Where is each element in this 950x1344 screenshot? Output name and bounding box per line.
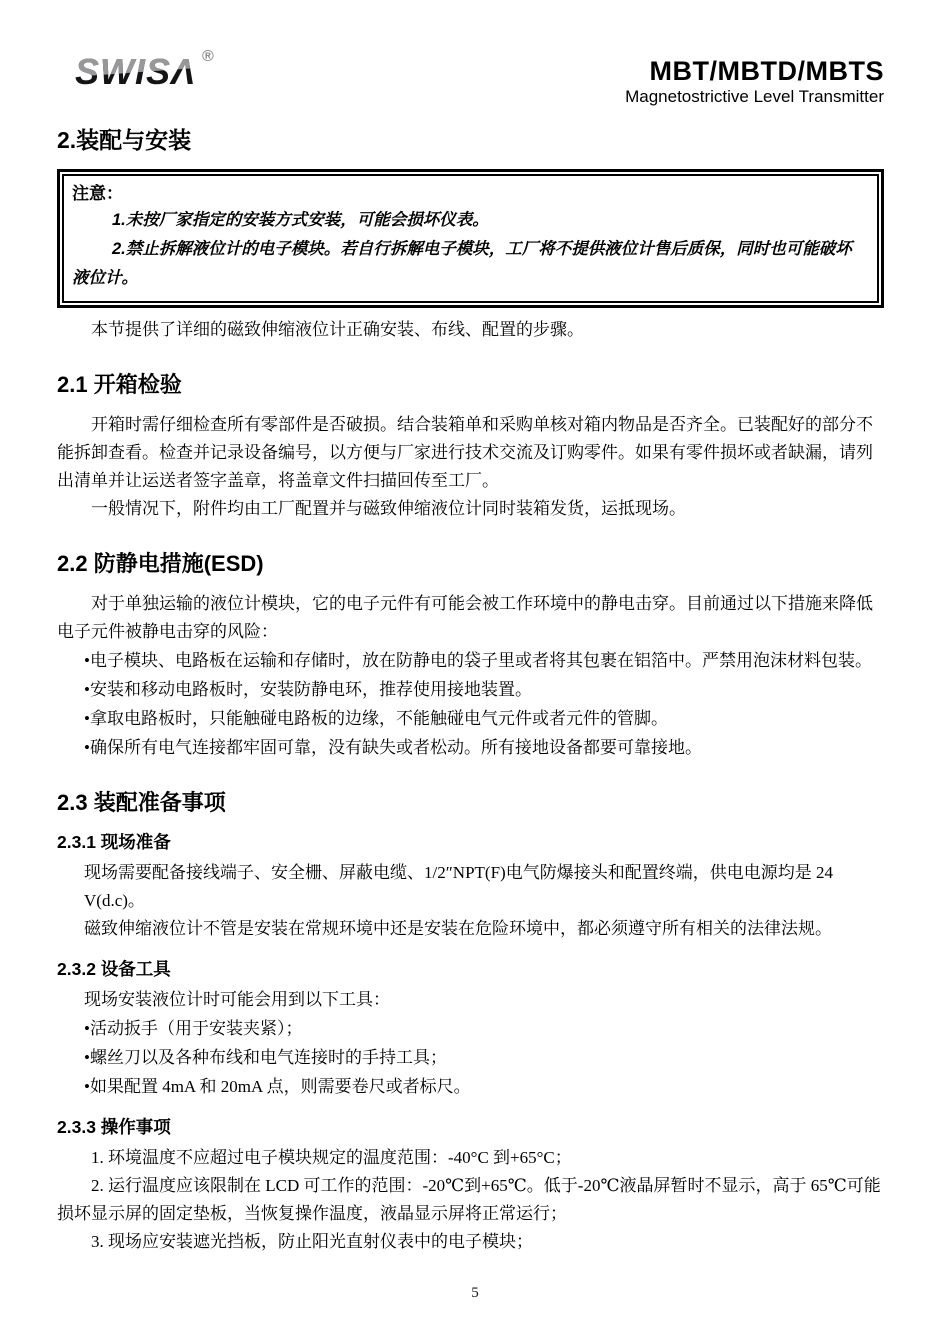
notice-item: 2.禁止拆解液位计的电子模块。若自行拆解电子模块，工厂将不提供液位计售后质保，同…	[72, 235, 867, 293]
esd-bullet-item: •电子模块、电路板在运输和存储时，放在防静电的袋子里或者将其包裹在铝箔中。严禁用…	[57, 646, 884, 675]
operation-note-item: 1. 环境温度不应超过电子模块规定的温度范围：-40°C 到+65°C；	[57, 1144, 884, 1172]
page-number: 5	[471, 1285, 479, 1301]
notice-box: 注意： 1.未按厂家指定的安装方式安装，可能会损坏仪表。 2.禁止拆解液位计的电…	[57, 169, 884, 308]
document-subtitle: Magnetostrictive Level Transmitter	[625, 87, 884, 107]
esd-bullet-list: •电子模块、电路板在运输和存储时，放在防静电的袋子里或者将其包裹在铝箔中。严禁用…	[57, 646, 884, 762]
section-2-3-3-title: 2.3.3 操作事项	[57, 1116, 884, 1139]
section-2-2-title: 2.2 防静电措施(ESD)	[57, 550, 884, 577]
header-title-block: MBT/MBTD/MBTS Magnetostrictive Level Tra…	[625, 52, 884, 107]
tools-intro: 现场安装液位计时可能会用到以下工具：	[57, 986, 884, 1014]
document-title: MBT/MBTD/MBTS	[625, 56, 884, 86]
esd-bullet-item: •拿取电路板时，只能触碰电路板的边缘，不能触碰电气元件或者元件的管脚。	[57, 704, 884, 733]
swisa-logo: SWISΛ SWISΛ ®	[57, 52, 212, 92]
section-2-2-paragraph: 对于单独运输的液位计模块，它的电子元件有可能会被工作环境中的静电击穿。目前通过以…	[57, 590, 884, 646]
section-2-1-title: 2.1 开箱检验	[57, 371, 884, 398]
tools-bullet-item: •如果配置 4mA 和 20mA 点，则需要卷尺或者标尺。	[57, 1072, 884, 1101]
notice-item: 1.未按厂家指定的安装方式安装，可能会损坏仪表。	[72, 206, 867, 235]
esd-bullet-item: •确保所有电气连接都牢固可靠，没有缺失或者松动。所有接地设备都要可靠接地。	[57, 733, 884, 762]
section-2-3-1-title: 2.3.1 现场准备	[57, 831, 884, 854]
section-2-3-2-title: 2.3.2 设备工具	[57, 958, 884, 981]
operation-note-item: 2. 运行温度应该限制在 LCD 可工作的范围：-20℃到+65℃。低于-20℃…	[57, 1172, 884, 1228]
document-page: SWISΛ SWISΛ ® MBT/MBTD/MBTS Magnetostric…	[0, 0, 950, 1344]
operation-note-item: 3. 现场应安装遮光挡板，防止阳光直射仪表中的电子模块；	[57, 1228, 884, 1256]
page-header: SWISΛ SWISΛ ® MBT/MBTD/MBTS Magnetostric…	[57, 52, 884, 110]
section-2-1-paragraph: 开箱时需仔细检查所有零部件是否破损。结合装箱单和采购单核对箱内物品是否齐全。已装…	[57, 411, 884, 495]
notice-label: 注意：	[72, 181, 867, 206]
tools-bullet-item: •螺丝刀以及各种布线和电气连接时的手持工具；	[57, 1043, 884, 1072]
section-2-1-paragraph: 一般情况下，附件均由工厂配置并与磁致伸缩液位计同时装箱发货，运抵现场。	[57, 495, 884, 523]
esd-bullet-item: •安装和移动电路板时，安装防静电环，推荐使用接地装置。	[57, 675, 884, 704]
swisa-logo-wordmark: SWISΛ SWISΛ	[75, 52, 196, 92]
notice-box-inner: 注意： 1.未按厂家指定的安装方式安装，可能会损坏仪表。 2.禁止拆解液位计的电…	[62, 174, 879, 303]
site-preparation-line: 磁致伸缩液位计不管是安装在常规环境中还是安装在危险环境中，都必须遵守所有相关的法…	[57, 915, 884, 943]
section-2-intro: 本节提供了详细的磁致伸缩液位计正确安装、布线、配置的步骤。	[57, 316, 884, 344]
section-2-3-title: 2.3 装配准备事项	[57, 789, 884, 816]
section-2-title: 2.装配与安装	[57, 126, 884, 154]
site-preparation-line: 现场需要配备接线端子、安全栅、屏蔽电缆、1/2″NPT(F)电气防爆接头和配置终…	[57, 859, 884, 915]
tools-bullet-list: •活动扳手（用于安装夹紧）； •螺丝刀以及各种布线和电气连接时的手持工具； •如…	[57, 1014, 884, 1101]
tools-bullet-item: •活动扳手（用于安装夹紧）；	[57, 1014, 884, 1043]
page-footer: 5	[0, 1284, 950, 1302]
registered-trademark-icon: ®	[202, 48, 214, 65]
